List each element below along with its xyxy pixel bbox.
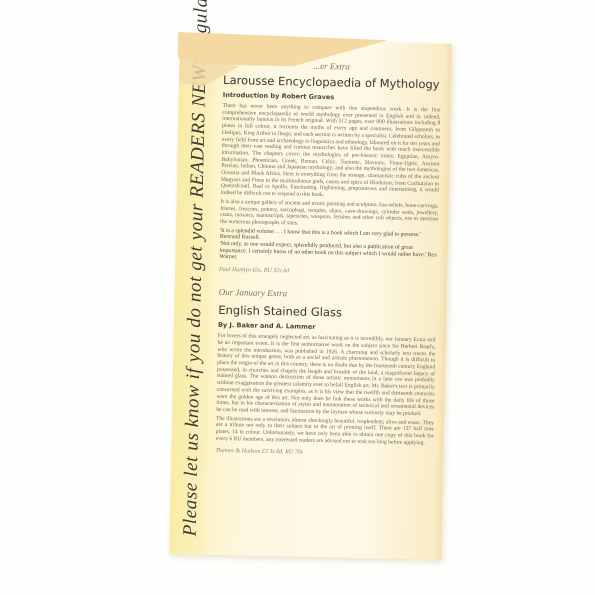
section-kicker: ...er Extra — [313, 61, 441, 74]
flap-content: ...er Extra Larousse Encyclopaedia of My… — [215, 59, 441, 459]
description-paragraph: The illustrations are a revelation, almo… — [216, 415, 435, 446]
spine-notice-text: Please let us know if you do not get you… — [180, 16, 213, 536]
section-stained-glass: Our January Extra English Stained Glass … — [215, 287, 436, 459]
publisher-price: Paul Hamlyn 63s. RU 32s 6d — [219, 267, 437, 278]
book-dust-jacket: Please let us know if you do not get you… — [169, 38, 452, 560]
description-paragraph: For lovers of this strangely neglected a… — [216, 333, 436, 418]
book-title: English Stained Glass — [218, 303, 436, 322]
review-quote: 'Not only, as one would expect, splendid… — [219, 241, 437, 266]
book-title: Larousse Encyclopaedia of Mythology — [223, 73, 441, 92]
book-authors: By J. Baker and A. Lammer — [218, 321, 436, 334]
jacket-spine: Please let us know if you do not get you… — [169, 38, 216, 555]
description-paragraph: There has never been anything to compare… — [221, 103, 441, 201]
publisher-price: Thames & Hudson £3 3s 0d. RU 70s — [215, 448, 433, 459]
section-kicker: Our January Extra — [219, 287, 437, 302]
description-paragraph: It is also a unique gallery of ancient a… — [220, 199, 439, 230]
book-subtitle: Introduction by Robert Graves — [223, 91, 441, 104]
section-mythology: ...er Extra Larousse Encyclopaedia of My… — [219, 59, 441, 278]
